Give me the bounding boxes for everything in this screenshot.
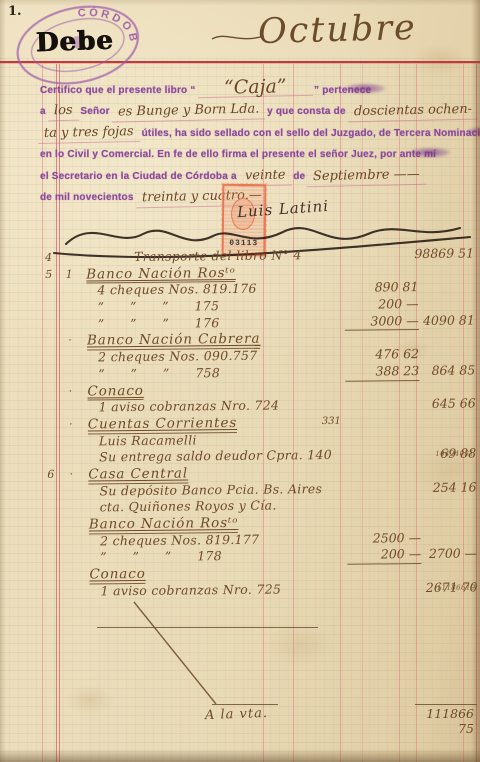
handwritten-text: es Bunge y Born Lda. [112, 101, 266, 124]
certification-line: en lo Civil y Comercial. En fe de ello f… [38, 143, 476, 164]
main-amount: 2700 — [417, 546, 477, 563]
aux-amount: 3000 — [345, 313, 419, 331]
main-amount: 645 66 [416, 396, 476, 413]
account-heading: Conaco [89, 566, 145, 584]
stamped-text: a [38, 106, 48, 117]
ledger-body: 4Transporte del libro N° 498869 5151Banc… [0, 245, 480, 600]
small-amount-note: 11186619 [399, 579, 475, 596]
date-number: 6 [43, 467, 58, 484]
main-amount: 254 16 [416, 479, 476, 496]
entry-text: cta. Quiñones Royos y Cía. [100, 498, 277, 517]
entry-text: ” ” ” 178 [100, 548, 222, 566]
aux-amount: 890 81 [344, 279, 418, 296]
main-amount: 98869 51 [414, 245, 474, 262]
entry-text: Transporte del libro N° 4 [134, 247, 302, 265]
stamped-text: el Secretario en la Ciudad de Córdoba a [38, 171, 239, 182]
aux-amount: 200 — [347, 546, 421, 564]
folio-mark: · [62, 467, 80, 484]
handwritten-text: ta y tres fojas [38, 123, 140, 145]
closing-diagonal-line [100, 598, 230, 708]
aux-amount: 200 — [345, 296, 419, 313]
small-amount-note: 10424031 [398, 446, 474, 463]
handwritten-text: doscientas ochen- [348, 101, 478, 123]
ledger-page: 1. CÓRDOBA Debe Octubre Certifico que el… [0, 0, 480, 762]
stamped-text: y que consta de [265, 106, 348, 117]
aux-amount: 476 62 [345, 346, 419, 363]
certification-line: Certifico que el presente libro ““Caja””… [38, 78, 476, 100]
entry-text: ” ” ” 175 [98, 298, 220, 316]
handwritten-text: “Caja” [197, 77, 312, 99]
folio-mark: · [61, 333, 79, 350]
footer-rule [212, 704, 278, 705]
footer-rule [415, 704, 477, 705]
main-amount: 864 85 [415, 362, 475, 379]
certification-line: ta y tres fojasútiles, ha sido sellado c… [38, 122, 476, 143]
main-amount: 4090 81 [415, 312, 475, 329]
folio-mark: 1 [60, 266, 78, 283]
debe-label: Debe [36, 26, 115, 59]
folio-reference: 331 [322, 414, 346, 431]
entry-text: 4 cheques Nos. 819.176 [97, 281, 256, 299]
stamped-text: en lo Civil y Comercial. En fe de ello f… [38, 149, 438, 160]
entry-text: ” ” ” 758 [98, 365, 220, 383]
month-title: Octubre [258, 8, 418, 52]
entry-text: 1 aviso cobranzas Nro. 724 [99, 398, 280, 417]
stamped-text: de [291, 171, 307, 182]
entry-text: ” ” ” 176 [98, 315, 220, 333]
carry-over-amount: 111866 75 [408, 706, 474, 736]
carry-over-label: A la vta. [205, 706, 269, 723]
stamped-text: Certifico que el presente libro “ [38, 85, 198, 96]
entry-text: 2 cheques Nos. 090.757 [98, 348, 257, 366]
stamped-text: útiles, ha sido sellado con el sello del… [140, 128, 480, 139]
stamped-text: de mil novecientos [38, 192, 136, 203]
account-heading: Conaco [87, 382, 143, 400]
entry-text: 2 cheques Nos. 819.177 [100, 531, 259, 549]
certification-line: alosSeñores Bunge y Born Lda.y que const… [38, 100, 476, 121]
stamped-text: Señor [78, 106, 111, 117]
aux-amount: 2500 — [347, 530, 421, 547]
ink-smudge [408, 147, 452, 158]
certification-line: el Secretario en la Ciudad de Córdoba av… [38, 165, 476, 186]
ink-smudge [465, 126, 480, 137]
handwritten-text: Septiembre —— [307, 165, 426, 187]
entry-text: Luis Racamelli [99, 432, 197, 450]
handwritten-text: los [48, 102, 79, 122]
date-number: 5 [41, 267, 56, 284]
date-number: 4 [41, 250, 56, 267]
folio-mark: · [62, 416, 80, 433]
aux-amount: 388 23 [345, 363, 419, 381]
ink-smudge [343, 83, 387, 94]
folio-mark: · [61, 383, 79, 400]
